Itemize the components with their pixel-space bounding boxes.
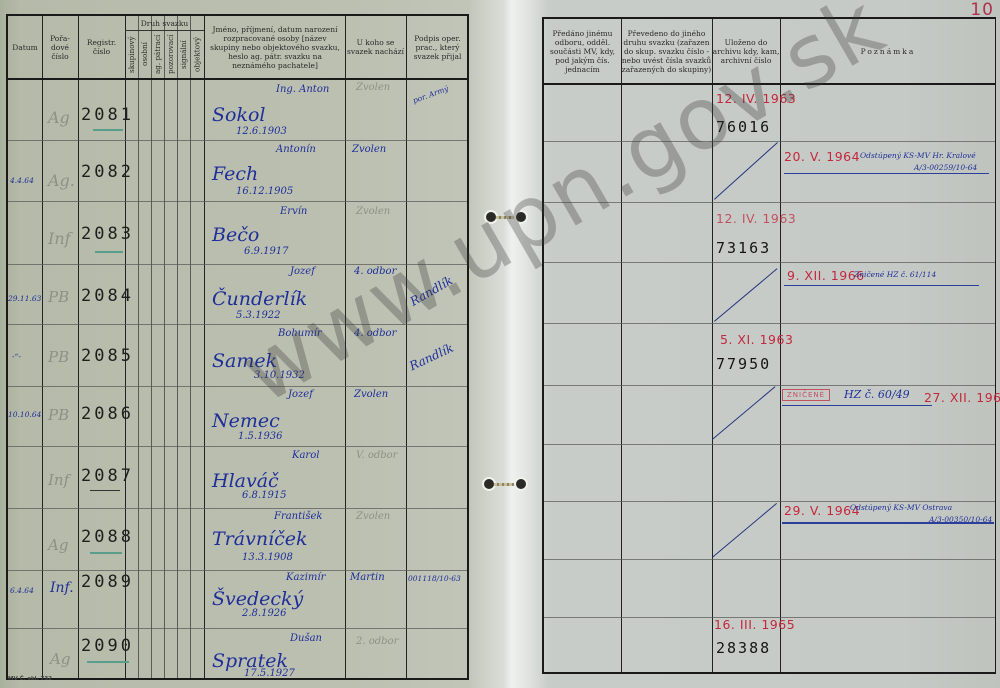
archive-date: 12. IV. 1963 [716,211,796,226]
poradove-cislo: Inf. [50,580,74,596]
col-divider [164,16,165,678]
header-poradove-cislo: Pořa-dové číslo [42,16,78,78]
datum: 6.4.64 [10,586,34,595]
register-table-left: Datum Pořa-dové číslo Registr. číslo Dru… [6,14,469,680]
u-koho: Zvolen [354,389,388,400]
header-druh-svazku: Druh svazku [125,16,204,30]
u-koho: Martin [350,572,385,583]
surname: Nemec [212,410,280,432]
u-koho: 4. odbor [354,328,396,339]
poradove-cislo: PB [48,288,69,306]
header-u-koho: U koho se svazek nachází [345,16,406,78]
binder-cord [496,216,516,219]
birth-date: 1.5.1936 [238,431,283,442]
registr-cislo: 2087 [81,466,134,486]
u-koho: Zvolen [356,206,390,217]
u-koho: 2. odbor [356,636,398,647]
surname: Švedecký [212,588,303,610]
note-text: Zničené HZ č. 61/114 [854,270,936,279]
datum: 4.4.64 [10,176,34,185]
podpis: por. Armý [412,84,450,105]
header-ulozeno: Uloženo do archivu kdy, kam, archivní čí… [712,19,780,83]
u-koho: Zvolen [356,511,390,522]
archive-number: 73163 [716,239,771,257]
registr-cislo: 2083 [81,224,134,244]
poradove-cislo: Inf [48,229,71,248]
note-date: 20. V. 1964 [784,149,860,164]
col-divider [406,16,407,678]
header-predano: Předáno jinému odboru, odděl. součásti M… [544,19,621,83]
surname: Bečo [212,224,259,246]
registr-cislo: 2086 [81,404,134,424]
note-date: 9. XII. 1966 [787,268,865,283]
first-name: Jozef [288,389,313,400]
note-text: HZ č. 60/49 [844,388,910,401]
u-koho: V. odbor [356,450,397,461]
registr-cislo: 2085 [81,346,134,366]
archive-date: 12. IV. 1963 [716,91,796,106]
header-prevedeno: Převedeno do jiného druhu svazku (zařaze… [621,19,712,83]
first-name: Ing. Anton [276,84,329,95]
registr-cislo: 2082 [81,162,134,182]
datum: 29.11.63 [8,294,41,303]
surname: Fech [212,163,258,185]
datum: 10.10.64 [8,410,41,419]
u-koho: Zvolen [352,144,386,155]
archive-number: 76016 [716,118,771,136]
surname: Sokol [212,104,265,126]
col-divider [151,16,152,678]
col-divider [204,16,205,678]
note-date: 29. V. 1964 [784,503,860,518]
header-signalni: signální [177,31,190,78]
note-text-2: A/3-00259/10-64 [914,163,977,172]
datum: -“- [12,352,21,361]
col-divider [78,16,79,678]
podpis: 001118/10-63 [408,574,461,583]
first-name: Kazimír [286,572,325,583]
first-name: Bohumír [278,328,322,339]
header-ag-patraci: ag. pátrací [151,31,164,78]
first-name: Ervín [280,206,307,217]
poradove-cislo: Ag. [48,171,75,190]
col-divider [42,16,43,678]
note-date: 27. XII. 1965 [924,390,1000,405]
surname: Čunderlík [212,288,307,310]
note-text: Odstúpený KS-MV Ostrava [850,503,952,512]
poradove-cislo: Ag [48,536,68,554]
first-name: Dušan [290,633,322,644]
archive-number: 28388 [716,639,771,657]
registr-cislo: 2081 [81,105,134,125]
register-table-right: Předáno jinému odboru, odděl. součásti M… [542,17,996,674]
col-divider [190,16,191,678]
book-gutter [468,0,548,688]
registr-cislo: 2084 [81,286,134,306]
binder-hole [514,210,528,224]
col-divider [345,16,346,678]
poradove-cislo: PB [48,348,69,366]
surname: Trávníček [212,528,308,550]
col-divider [138,16,139,678]
poradove-cislo: Ag [48,108,70,127]
form-code: MV Č. skl. 732 [8,676,52,682]
birth-date: 12.6.1903 [236,126,287,137]
poradove-cislo: Inf [48,471,69,489]
registr-cislo: 2089 [81,572,134,592]
birth-date: 6.9.1917 [244,246,289,257]
podpis: Randlík [408,273,456,309]
podpis: Randlík [407,341,455,373]
poradove-cislo: Ag [50,650,70,668]
birth-date: 2.8.1926 [242,608,287,619]
header-jmeno: Jméno, příjmení, datum narození rozpraco… [208,16,342,78]
col-divider [177,16,178,678]
registr-cislo: 2088 [81,527,134,547]
poradove-cislo: PB [48,406,69,424]
header-pozorovaci: pozorovací [164,31,177,78]
header-divider [8,78,467,80]
surname: Hlaváč [212,470,279,492]
u-koho: 4. odbor [354,266,396,277]
archive-date: 5. XI. 1963 [720,332,793,347]
header-podpis: Podpis oper. prac., který svazek přijal [406,16,469,78]
first-name: Karol [292,450,319,461]
header-skupinovy: skupinový [125,31,138,78]
birth-date: 17.5.1927 [244,668,295,679]
birth-date: 13.3.1908 [242,552,293,563]
archive-number: 77950 [716,355,771,373]
surname: Samek [212,350,277,372]
u-koho: Zvolen [356,82,390,93]
header-registr-cislo: Registr. číslo [78,16,125,78]
header-osobni: osobní [138,31,151,78]
archive-date: 16. III. 1965 [714,617,795,632]
birth-date: 16.12.1905 [236,186,293,197]
header-datum: Datum [8,16,42,78]
header-poznamka: Poznámka [780,19,996,83]
first-name: Antonín [276,144,316,155]
first-name: Jozef [290,266,315,277]
note-text: Odstúpený KS-MV Hr. Kralové [860,151,976,160]
registr-cislo: 2090 [81,636,134,656]
header-objektovy: objektový [190,31,204,78]
zniceno-stamp: ZNIČENÉ [782,389,830,401]
birth-date: 6.8.1915 [242,490,287,501]
binder-hole [514,477,528,491]
birth-date: 3.10.1932 [254,370,305,381]
birth-date: 5.3.1922 [236,310,281,321]
first-name: František [274,511,322,522]
binder-cord [494,483,516,486]
